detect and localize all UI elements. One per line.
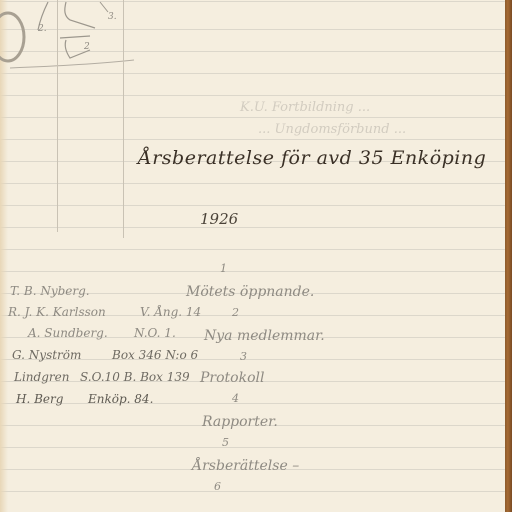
agenda-number: 3	[240, 350, 247, 363]
book-binding-edge	[505, 0, 512, 512]
notebook-page: 3. 2. 2 K.U. Fortbildning ... ... Ungdom…	[0, 0, 506, 512]
sketch-label: 2.	[38, 24, 47, 34]
agenda-number: 6	[214, 480, 221, 493]
agenda-item: Årsberättelse –	[192, 458, 299, 474]
agenda-number: 1	[220, 262, 227, 275]
member-name: G. Nyström	[12, 348, 81, 362]
member-name: A. Sundberg.	[28, 326, 108, 340]
agenda-item: Rapporter.	[202, 414, 278, 430]
faint-header-line: ... Ungdomsförbund ...	[258, 122, 406, 137]
member-name: R. J. K. Karlsson	[8, 305, 106, 319]
sketch-label: 3.	[108, 12, 117, 22]
member-name: H. Berg	[16, 392, 63, 406]
member-address: Box 346 N:o 6	[112, 348, 198, 362]
agenda-item: Mötets öppnande.	[186, 284, 314, 300]
agenda-item: Protokoll	[200, 370, 264, 386]
pencil-sketch	[0, 0, 140, 80]
agenda-number: 5	[222, 436, 229, 449]
member-address: N.O. 1.	[134, 326, 176, 340]
member-address: V. Ång. 14	[140, 305, 201, 319]
member-address: Enköp. 84.	[88, 392, 153, 406]
document-year: 1926	[200, 210, 238, 228]
document-title: Årsberattelse för avd 35 Enköping	[138, 147, 486, 169]
member-address: S.O.10 B. Box 139	[80, 370, 190, 384]
member-name: T. B. Nyberg.	[10, 284, 90, 298]
pencil-column-line	[57, 0, 58, 232]
faint-header-line: K.U. Fortbildning ...	[240, 100, 370, 115]
member-name: Lindgren	[14, 370, 69, 384]
agenda-item: Nya medlemmar.	[204, 328, 325, 344]
agenda-number: 2	[232, 306, 239, 319]
pencil-column-line	[123, 0, 124, 238]
sketch-label: 2	[84, 42, 90, 52]
agenda-number: 4	[232, 392, 239, 405]
